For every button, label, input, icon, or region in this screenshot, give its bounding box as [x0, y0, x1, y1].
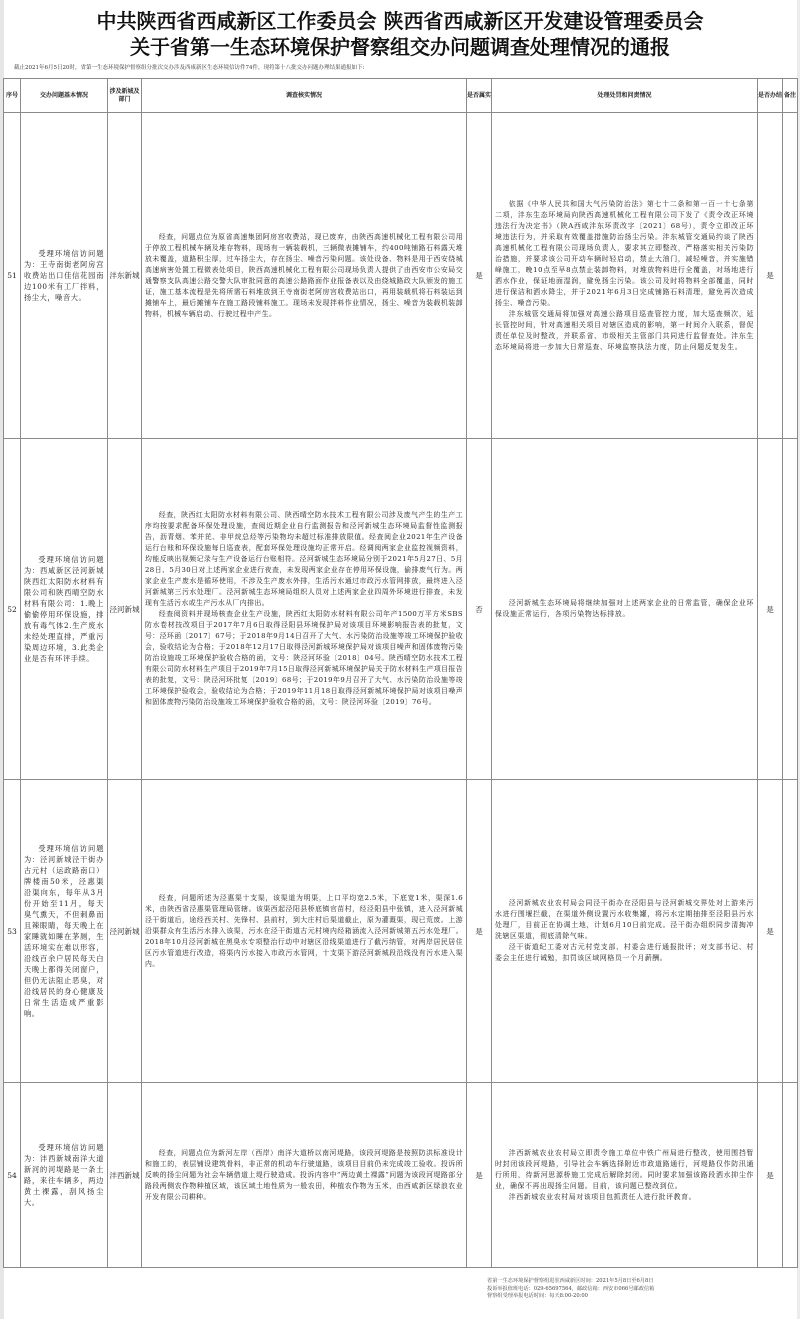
header-done: 是否办结	[758, 79, 783, 113]
row-investigation: 经查，问题点位为原省高速集团阿房宫收费站，现已废弃，由陕西高速机械化工程有限公司…	[142, 113, 467, 439]
investigation-paragraph: 经查，问题点位为原省高速集团阿房宫收费站，现已废弃，由陕西高速机械化工程有限公司…	[145, 232, 463, 320]
row-remarks	[783, 1083, 798, 1268]
row-verified: 是	[467, 780, 492, 1083]
row-remarks	[783, 780, 798, 1083]
table-row: 53 受理环境信访问题为：泾河新城泾干街办古元村（运政路南口）牌楼南50米，泾惠…	[4, 780, 798, 1083]
header-remarks: 备注	[783, 79, 798, 113]
header-dept: 涉及新城及部门	[108, 79, 142, 113]
row-basic-info: 受理环境信访问题为：西咸新区泾河新城陕西红太阳防水材料有限公司和陕西晴空防水材料…	[21, 439, 108, 780]
title-line-2: 关于省第一生态环境保护督察组交办问题调查处理情况的通报	[0, 34, 800, 60]
investigation-paragraph: 经查阅资料并现场核查企业生产设施，陕西红太阳防水材料有限公司年产1500万平方米…	[145, 609, 463, 708]
row-verified: 否	[467, 439, 492, 780]
report-table: 序号 交办问题基本情况 涉及新城及部门 调查核实情况 是否属实 处理处罚和问责情…	[3, 78, 798, 1268]
header-investigation: 调查核实情况	[142, 79, 467, 113]
row-remarks	[783, 439, 798, 780]
row-handling: 沣西新城农业农村局立即责令施工单位中铁广州局进行整改，使用围挡暂时封闭该段河堤路…	[492, 1083, 758, 1268]
row-investigation: 经查，问题点位为新河左岸（西岸）南洋大道桥以南河堤路，该段河堤路是按照防洪标准设…	[142, 1083, 467, 1268]
investigation-paragraph: 经查，问题点位为新河左岸（西岸）南洋大道桥以南河堤路，该段河堤路是按照防洪标准设…	[145, 1148, 463, 1203]
intro-text: 截止2021年6月5日20时，省第一生态环境保护督察组分批次交办涉及西咸新区生态…	[14, 64, 794, 72]
row-handling: 泾河新城生态环境局将继续加强对上述两家企业的日常监管，确保企业环保设施正常运行，…	[492, 439, 758, 780]
handling-paragraph: 沣西新城农业农村局立即责令施工单位中铁广州局进行整改，使用围挡暂时封闭该段河堤路…	[495, 1148, 754, 1192]
handling-paragraph: 沣东城管交通局将加强对高速公路项目巡查管控力度，加大巡查频次，延长管控时间，针对…	[495, 309, 754, 353]
footer-notice: 省第一生态环境保护督察组进驻西咸新区时间：2021年5月8日至6月8日 投诉举报…	[487, 1278, 797, 1301]
basic-text: 受理环境信访问题为：泾河新城泾干街办古元村（运政路南口）牌楼南50米，泾惠渠沿渠…	[24, 843, 104, 1019]
row-handling: 泾河新城农业农村局会同泾干街办在泾阳县与泾河新城交界处对上游来污水进行围堰拦截，…	[492, 780, 758, 1083]
title-line-1: 中共陕西省西咸新区工作委员会 陕西省西咸新区开发建设管理委员会	[0, 8, 800, 34]
table-row: 52 受理环境信访问题为：西咸新区泾河新城陕西红太阳防水材料有限公司和陕西晴空防…	[4, 439, 798, 780]
row-basic-info: 受理环境信访问题为：泾河新城泾干街办古元村（运政路南口）牌楼南50米，泾惠渠沿渠…	[21, 780, 108, 1083]
row-dept: 沣西新城	[108, 1083, 142, 1268]
footer-line-hotline: 投诉举报值班电话：029-65697564，邮政信箱：西安市066号邮政信箱	[487, 1286, 797, 1294]
header-basic: 交办问题基本情况	[21, 79, 108, 113]
row-investigation: 经查，问题所述为泾惠渠十支渠，该渠道为明渠，上口平均宽2.5米，下底宽1米，渠深…	[142, 780, 467, 1083]
row-no: 52	[4, 439, 21, 780]
row-done: 是	[758, 1083, 783, 1268]
row-done: 是	[758, 780, 783, 1083]
handling-paragraph: 沣西新城农业农村局对该项目包抓责任人进行批评教育。	[495, 1192, 754, 1203]
investigation-paragraph: 经查，陕西红太阳防水材料有限公司、陕西晴空防水技术工程有限公司涉及废气产生的生产…	[145, 510, 463, 609]
row-verified: 是	[467, 1083, 492, 1268]
table-row: 54 受理环境信访问题为：沣西新城南洋大道新河的河堤路是一条土路，来往车辆多，两…	[4, 1083, 798, 1268]
row-dept: 泾河新城	[108, 780, 142, 1083]
table-row: 51 受理环境信访问题为：王寺南街老阿房宫收费站出口佳信花园南边100米有工厂拌…	[4, 113, 798, 439]
handling-paragraph: 泾河新城生态环境局将继续加强对上述两家企业的日常监管，确保企业环保设施正常运行，…	[495, 598, 754, 620]
basic-text: 受理环境信访问题为：沣西新城南洋大道新河的河堤路是一条土路，来往车辆多，两边黄土…	[24, 1142, 104, 1208]
basic-text: 受理环境信访问题为：西咸新区泾河新城陕西红太阳防水材料有限公司和陕西晴空防水材料…	[24, 554, 104, 664]
row-remarks	[783, 113, 798, 439]
row-no: 54	[4, 1083, 21, 1268]
row-done: 是	[758, 113, 783, 439]
table-header-row: 序号 交办问题基本情况 涉及新城及部门 调查核实情况 是否属实 处理处罚和问责情…	[4, 79, 798, 113]
row-basic-info: 受理环境信访问题为：王寺南街老阿房宫收费站出口佳信花园南边100米有工厂拌料，扬…	[21, 113, 108, 439]
handling-paragraph: 依据《中华人民共和国大气污染防治法》第七十二条和第一百一十七条第二项，沣东生态环…	[495, 199, 754, 309]
handling-paragraph: 泾河新城农业农村局会同泾干街办在泾阳县与泾河新城交界处对上游来污水进行围堰拦截，…	[495, 898, 754, 942]
row-no: 53	[4, 780, 21, 1083]
row-done: 是	[758, 439, 783, 780]
row-basic-info: 受理环境信访问题为：沣西新城南洋大道新河的河堤路是一条土路，来往车辆多，两边黄土…	[21, 1083, 108, 1268]
basic-text: 受理环境信访问题为：王寺南街老阿房宫收费站出口佳信花园南边100米有工厂拌料，扬…	[24, 248, 104, 303]
row-verified: 是	[467, 113, 492, 439]
row-dept: 沣东新城	[108, 113, 142, 439]
row-dept: 泾河新城	[108, 439, 142, 780]
row-no: 51	[4, 113, 21, 439]
document-title: 中共陕西省西咸新区工作委员会 陕西省西咸新区开发建设管理委员会 关于省第一生态环…	[0, 8, 800, 60]
header-verified: 是否属实	[467, 79, 492, 113]
investigation-paragraph: 经查，问题所述为泾惠渠十支渠，该渠道为明渠，上口平均宽2.5米，下底宽1米，渠深…	[145, 893, 463, 970]
row-handling: 依据《中华人民共和国大气污染防治法》第七十二条和第一百一十七条第二项，沣东生态环…	[492, 113, 758, 439]
header-no: 序号	[4, 79, 21, 113]
footer-line-hours: 督察组受理举报电话时间：每天8:00-20:00	[487, 1293, 797, 1301]
header-handling: 处理处罚和问责情况	[492, 79, 758, 113]
handling-paragraph: 泾干街道纪工委对古元村党支部、村委会进行通报批评；对支部书记、村委会主任进行诫勉…	[495, 942, 754, 964]
footer-line-inspection-period: 省第一生态环境保护督察组进驻西咸新区时间：2021年5月8日至6月8日	[487, 1278, 797, 1286]
row-investigation: 经查，陕西红太阳防水材料有限公司、陕西晴空防水技术工程有限公司涉及废气产生的生产…	[142, 439, 467, 780]
